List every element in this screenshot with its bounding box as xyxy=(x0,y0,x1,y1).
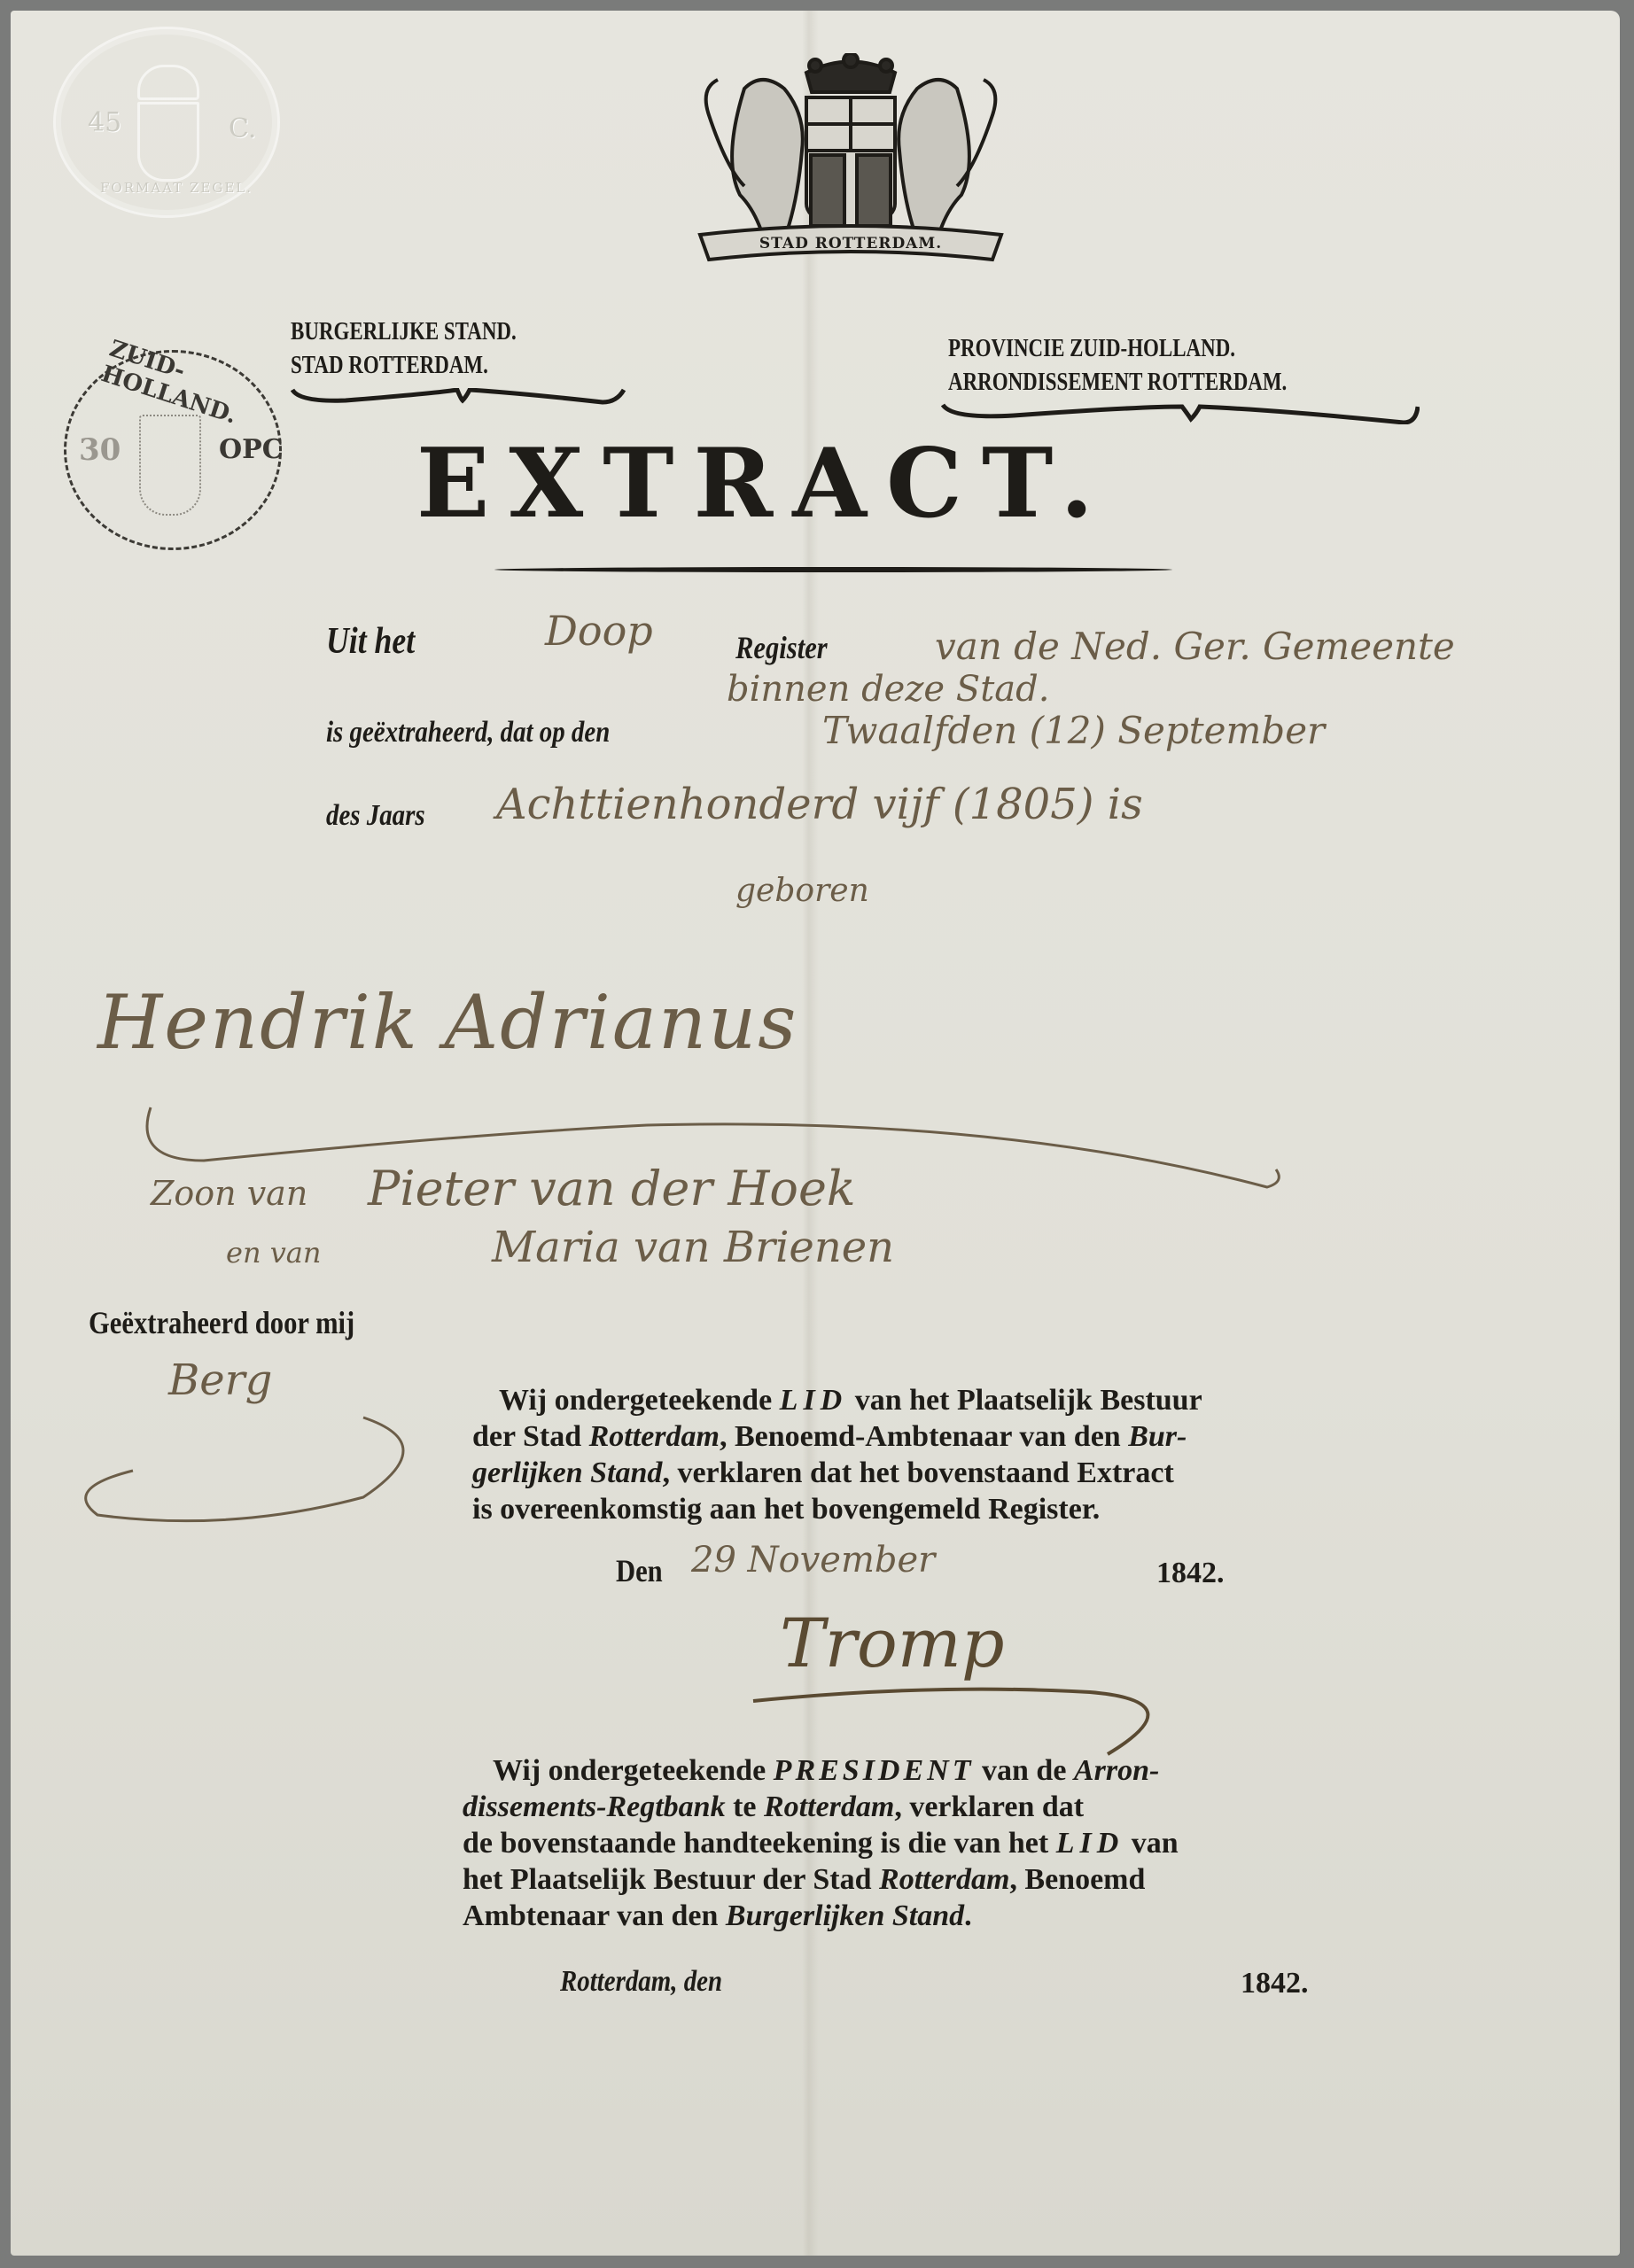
stamp-value-right: C. xyxy=(229,113,256,144)
ink-stamp-value-left: 30 xyxy=(79,432,121,468)
is-geextraheerd-label: is geëxtraheerd, dat op den xyxy=(326,716,610,750)
text: te xyxy=(726,1790,764,1823)
child-name-handwritten: Hendrik Adrianus xyxy=(97,979,798,1066)
official-signature-flourish xyxy=(744,1683,1170,1763)
ink-stamp-value-right: OPC xyxy=(219,434,284,465)
header-right-line2: ARRONDISSEMENT ROTTERDAM. xyxy=(948,366,1287,400)
text: Arron- xyxy=(1074,1754,1159,1787)
register-label: Register xyxy=(735,629,828,666)
register-handwritten-line2: binnen deze Stad. xyxy=(727,669,1049,710)
year-printed: 1842. xyxy=(1156,1557,1225,1590)
uit-het-label: Uit het xyxy=(326,620,415,663)
text: de bovenstaande handteekening is die van… xyxy=(463,1827,1056,1860)
mother-prefix-handwritten: en van xyxy=(226,1236,321,1270)
city-emphasis: Rotterdam xyxy=(589,1420,720,1453)
text: het Plaatselijk Bestuur der Stad xyxy=(463,1863,879,1896)
brace-divider-right xyxy=(941,403,1420,424)
header-right: PROVINCIE ZUID-HOLLAND. ARRONDISSEMENT R… xyxy=(948,332,1287,400)
text: van de xyxy=(975,1754,1074,1787)
declaration-president: Wij ondergeteekende PRESIDENT van de Arr… xyxy=(463,1752,1402,1934)
lid-emphasis: LID xyxy=(780,1384,848,1417)
shield-icon xyxy=(137,102,199,182)
brace-divider-left xyxy=(291,388,627,409)
text: Wij ondergeteekende xyxy=(499,1384,780,1417)
page-title: EXTRACT. xyxy=(416,431,1113,537)
text: , Benoemd-Ambtenaar van den xyxy=(720,1420,1128,1453)
city-emphasis: Rotterdam xyxy=(764,1790,894,1823)
text: Burgerlijken Stand xyxy=(726,1899,964,1932)
father-prefix-handwritten: Zoon van xyxy=(151,1174,307,1213)
president-year: 1842. xyxy=(1241,1967,1309,2000)
rotterdam-coat-of-arms: STAD ROTTERDAM. xyxy=(682,53,1019,275)
header-left: BURGERLIJKE STAND. STAD ROTTERDAM. xyxy=(291,315,517,383)
mother-name-handwritten: Maria van Brienen xyxy=(492,1223,894,1272)
stamp-value-left: 45 xyxy=(88,107,121,138)
register-handwritten-line1: van de Ned. Ger. Gemeente xyxy=(935,625,1455,668)
text: Wij ondergeteekende xyxy=(493,1754,774,1787)
shield-icon xyxy=(139,415,201,516)
date-label: Den xyxy=(616,1552,663,1589)
declaration-lid: Wij ondergeteekende LID van het Plaatsel… xyxy=(472,1382,1412,1527)
signature-flourish xyxy=(71,1409,443,1533)
president-emphasis: PRESIDENT xyxy=(774,1754,975,1787)
text: , Benoemd xyxy=(1009,1863,1145,1896)
text: , verklaren dat het bovenstaand Extract xyxy=(662,1456,1173,1489)
stamp-legend: FORMAAT ZEGEL. xyxy=(100,180,253,196)
date-handwritten: Twaalfden (12) September xyxy=(822,709,1325,752)
lid-emphasis: LID xyxy=(1056,1827,1124,1860)
header-left-line2: STAD ROTTERDAM. xyxy=(291,349,517,383)
place-label: Rotterdam, den xyxy=(560,1965,722,1999)
text: is overeenkomstig aan het bovengemeld Re… xyxy=(472,1491,1412,1527)
header-left-line1: BURGERLIJKE STAND. xyxy=(291,315,517,349)
arms-banner-text: STAD ROTTERDAM. xyxy=(758,235,944,252)
text: der Stad xyxy=(472,1420,589,1453)
ink-tax-stamp: ZUID-HOLLAND. 30 OPC xyxy=(64,350,282,550)
text: gerlijken Stand xyxy=(472,1456,662,1489)
year-handwritten: Achttienhonderd vijf (1805) is xyxy=(496,780,1143,829)
city-emphasis: Rotterdam xyxy=(879,1863,1009,1896)
title-underline xyxy=(494,567,1172,572)
header-right-line1: PROVINCIE ZUID-HOLLAND. xyxy=(948,332,1287,366)
geboren-handwritten: geboren xyxy=(735,873,869,909)
text: Ambtenaar van den xyxy=(463,1899,726,1932)
text: van xyxy=(1124,1827,1178,1860)
des-jaars-label: des Jaars xyxy=(326,799,425,833)
text: , verklaren dat xyxy=(894,1790,1084,1823)
text: dissements-Regtbank xyxy=(463,1790,726,1823)
text: . xyxy=(964,1899,972,1932)
register-type-handwritten: Doop xyxy=(545,607,653,655)
extracted-by-label: Geëxtraheerd door mij xyxy=(89,1304,354,1341)
text: van het Plaatselijk Bestuur xyxy=(847,1384,1202,1417)
date-handwritten: 29 November xyxy=(691,1540,935,1581)
embossed-tax-stamp: 45 C. FORMAAT ZEGEL. xyxy=(53,27,280,218)
crown-icon xyxy=(137,65,199,100)
extracted-by-signature: Berg xyxy=(168,1355,272,1405)
father-name-handwritten: Pieter van der Hoek xyxy=(368,1161,856,1216)
official-signature: Tromp xyxy=(780,1604,1005,1682)
text: Bur- xyxy=(1128,1420,1187,1453)
